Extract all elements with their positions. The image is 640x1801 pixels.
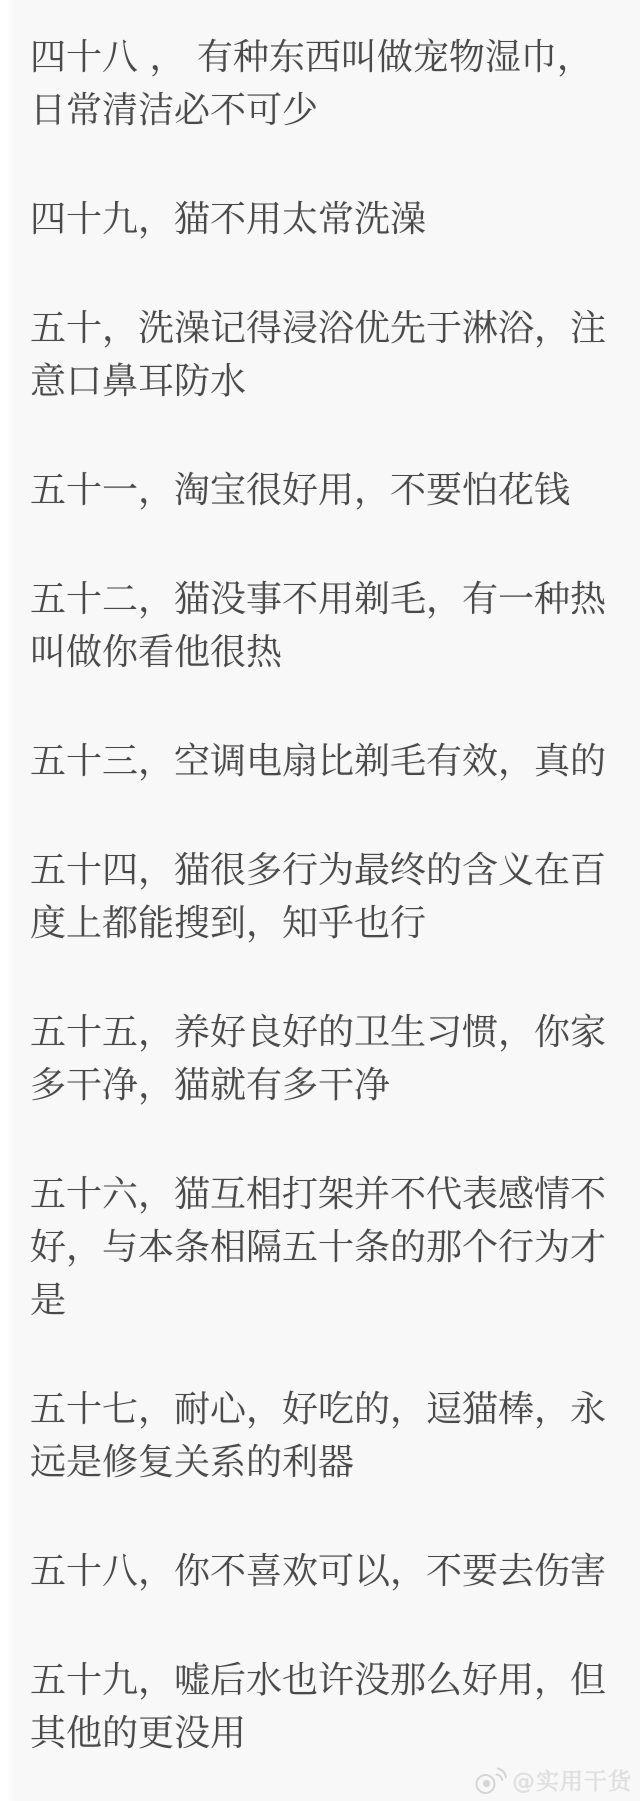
watermark: @实用干货 xyxy=(473,1763,632,1796)
tip-item-48: 四十八 ， 有种东西叫做宠物湿巾，日常清洁必不可少 xyxy=(30,31,610,137)
tip-item-58: 五十八，你不喜欢可以，不要去伤害 xyxy=(30,1545,610,1598)
tip-item-54: 五十四，猫很多行为最终的含义在百度上都能搜到，知乎也行 xyxy=(30,844,610,950)
tip-item-52: 五十二，猫没事不用剃毛，有一种热叫做你看他很热 xyxy=(30,573,610,679)
tips-list: 四十八 ， 有种东西叫做宠物湿巾，日常清洁必不可少 四十九，猫不用太常洗澡 五十… xyxy=(0,0,640,1760)
tip-item-53: 五十三，空调电扇比剃毛有效，真的 xyxy=(30,735,610,788)
tip-item-55: 五十五，养好良好的卫生习惯，你家多干净，猫就有多干净 xyxy=(30,1006,610,1112)
tip-item-49: 四十九，猫不用太常洗澡 xyxy=(30,193,610,246)
tip-item-59: 五十九，嘘后水也许没那么好用，但其他的更没用 xyxy=(30,1654,610,1760)
tip-item-51: 五十一，淘宝很好用，不要怕花钱 xyxy=(30,464,610,517)
watermark-handle: @实用干货 xyxy=(512,1763,632,1796)
weibo-tips-image: { "page": { "background": "#f8f8f8", "te… xyxy=(0,0,640,1801)
tip-item-50: 五十，洗澡记得浸浴优先于淋浴，注意口鼻耳防水 xyxy=(30,302,610,408)
tip-item-57: 五十七，耐心，好吃的，逗猫棒，永远是修复关系的利器 xyxy=(30,1383,610,1489)
tip-item-56: 五十六，猫互相打架并不代表感情不好，与本条相隔五十条的那个行为才是 xyxy=(30,1168,610,1327)
weibo-logo-icon xyxy=(473,1764,507,1796)
